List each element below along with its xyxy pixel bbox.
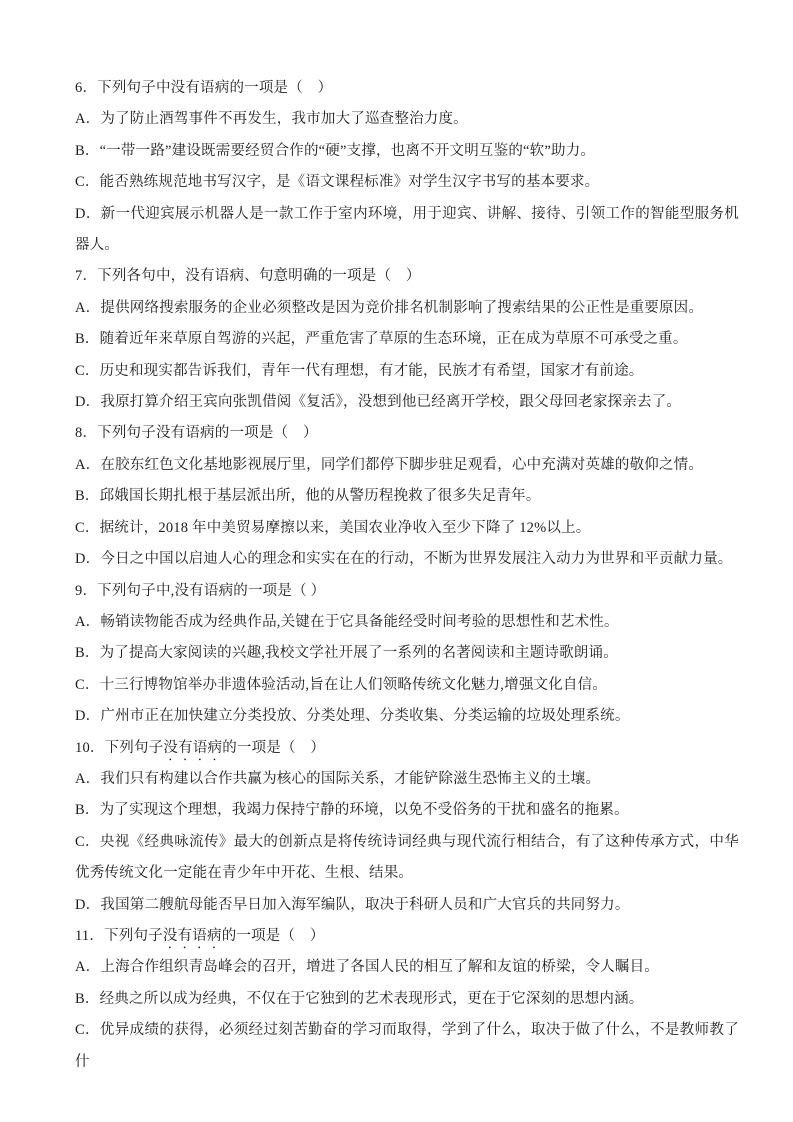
option-line: D．新一代迎宾展示机器人是一款工作于室内环境，用于迎宾、讲解、接待、引领工作的智… bbox=[75, 199, 739, 262]
question-block-11: 11．下列句子没有语病的一项是（ ） A．上海合作组织青岛峰会的召开，增进了各国… bbox=[75, 921, 739, 1078]
option-line: C．央视《经典咏流传》最大的创新点是将传统诗词经典与现代流行相结合，有了这种传承… bbox=[75, 827, 739, 890]
option-label: B． bbox=[75, 802, 100, 818]
option-label: A． bbox=[75, 111, 100, 127]
option-text: 邱娥国长期扎根于基层派出所，他的从警历程挽救了很多失足青年。 bbox=[100, 488, 541, 504]
option-text: 能否熟练规范地书写汉字，是《语文课程标准》对学生汉字书写的基本要求。 bbox=[100, 174, 600, 190]
option-text: 历史和现实都告诉我们，青年一代有理想，有才能，民族才有希望，国家才有前途。 bbox=[100, 363, 644, 379]
option-line: A．上海合作组织青岛峰会的召开，增进了各国人民的相互了解和友谊的桥梁，令人瞩目。 bbox=[75, 952, 739, 983]
question-title-text: 的一项是（ ） bbox=[222, 928, 325, 944]
question-title: 9．下列句子中,没有语病的一项是（ ） bbox=[75, 576, 739, 607]
question-number: 9． bbox=[75, 583, 97, 599]
question-block-9: 9．下列句子中,没有语病的一项是（ ） A．畅销读物能否成为经典作品,关键在于它… bbox=[75, 576, 739, 733]
option-label: B． bbox=[75, 991, 100, 1007]
option-text: 上海合作组织青岛峰会的召开，增进了各国人民的相互了解和友谊的桥梁，令人瞩目。 bbox=[100, 959, 659, 975]
option-label: A． bbox=[75, 300, 100, 316]
option-label: D． bbox=[75, 897, 100, 913]
option-line: B．邱娥国长期扎根于基层派出所，他的从警历程挽救了很多失足青年。 bbox=[75, 481, 739, 512]
option-line: A．提供网络搜索服务的企业必须整改是因为竞价排名机制影响了搜索结果的公正性是重要… bbox=[75, 293, 739, 324]
question-title-emphasized: 没有语病 bbox=[163, 928, 222, 944]
option-line: C．优异成绩的获得，必须经过刻苦勤奋的学习而取得，学到了什么，取决于做了什么，不… bbox=[75, 1015, 739, 1078]
option-line: D．我国第二艘航母能否早日加入海军编队，取决于科研人员和广大官兵的共同努力。 bbox=[75, 890, 739, 921]
option-text: 在胶东红色文化基地影视展厅里，同学们都停下脚步驻足观看，心中充满对英雄的敬仰之情… bbox=[100, 457, 703, 473]
option-line: B．“一带一路”建设既需要经贸合作的“硬”支撑，也离不开文明互鉴的“软”助力。 bbox=[75, 136, 739, 167]
option-line: D．我原打算介绍王宾向张凯借阅《复活》，没想到他已经离开学校，跟父母回老家探亲去… bbox=[75, 387, 739, 418]
question-block-10: 10．下列句子没有语病的一项是（ ） A．我们只有构建以合作共赢为核心的国际关系… bbox=[75, 733, 739, 921]
question-title: 11．下列句子没有语病的一项是（ ） bbox=[75, 921, 739, 952]
option-line: B．为了实现这个理想，我竭力保持宁静的环境，以免不受俗务的干扰和盛名的拖累。 bbox=[75, 795, 739, 826]
option-text: 提供网络搜索服务的企业必须整改是因为竞价排名机制影响了搜索结果的公正性是重要原因… bbox=[100, 300, 703, 316]
option-label: B． bbox=[75, 488, 100, 504]
option-line: A．畅销读物能否成为经典作品,关键在于它具备能经受时间考验的思想性和艺术性。 bbox=[75, 607, 739, 638]
question-number: 11． bbox=[75, 928, 104, 944]
option-line: C．能否熟练规范地书写汉字，是《语文课程标准》对学生汉字书写的基本要求。 bbox=[75, 167, 739, 198]
option-label: B． bbox=[75, 331, 100, 347]
option-label: D． bbox=[75, 551, 100, 567]
option-line: A．在胶东红色文化基地影视展厅里，同学们都停下脚步驻足观看，心中充满对英雄的敬仰… bbox=[75, 450, 739, 481]
option-label: C． bbox=[75, 1022, 100, 1038]
question-title-emphasized: 没有语病 bbox=[163, 740, 222, 756]
option-text: 随着近年来草原自驾游的兴起，严重危害了草原的生态环境，正在成为草原不可承受之重。 bbox=[100, 331, 688, 347]
question-number: 6． bbox=[75, 80, 97, 96]
question-title: 8．下列句子没有语病的一项是（ ） bbox=[75, 418, 739, 449]
document-page: 6．下列句子中没有语病的一项是（ ） A．为了防止酒驾事件不再发生，我市加大了巡… bbox=[0, 0, 793, 1122]
option-line: D．广州市正在加快建立分类投放、分类处理、分类收集、分类运输的垃圾处理系统。 bbox=[75, 701, 739, 732]
option-text: 央视《经典咏流传》最大的创新点是将传统诗词经典与现代流行相结合，有了这种传承方式… bbox=[75, 834, 739, 881]
question-title-text: 下列句子没有语病的一项是（ ） bbox=[97, 425, 318, 441]
option-text: 为了提高大家阅读的兴趣,我校文学社开展了一系列的名著阅读和主题诗歌朗诵。 bbox=[100, 645, 618, 661]
question-title-text: 下列句子 bbox=[105, 740, 164, 756]
option-label: A． bbox=[75, 457, 100, 473]
option-text: 今日之中国以启迪人心的理念和实实在在的行动，不断为世界发展注入动力为世界和平贡献… bbox=[100, 551, 732, 567]
option-line: B．经典之所以成为经典，不仅在于它独到的艺术表现形式，更在于它深刻的思想内涵。 bbox=[75, 984, 739, 1015]
option-line: C．据统计，2018 年中美贸易摩擦以来，美国农业净收入至少下降了 12%以上。 bbox=[75, 513, 739, 544]
option-text: 畅销读物能否成为经典作品,关键在于它具备能经受时间考验的思想性和艺术性。 bbox=[100, 614, 618, 630]
question-title: 7．下列各句中，没有语病、句意明确的一项是（ ） bbox=[75, 261, 739, 292]
option-text: 我国第二艘航母能否早日加入海军编队，取决于科研人员和广大官兵的共同努力。 bbox=[100, 897, 629, 913]
option-label: D． bbox=[75, 206, 101, 222]
option-label: C． bbox=[75, 834, 100, 850]
option-line: B．为了提高大家阅读的兴趣,我校文学社开展了一系列的名著阅读和主题诗歌朗诵。 bbox=[75, 638, 739, 669]
question-number: 7． bbox=[75, 268, 97, 284]
question-block-7: 7．下列各句中，没有语病、句意明确的一项是（ ） A．提供网络搜索服务的企业必须… bbox=[75, 261, 739, 418]
option-text: “一带一路”建设既需要经贸合作的“硬”支撑，也离不开文明互鉴的“软”助力。 bbox=[100, 143, 596, 159]
option-text: 据统计，2018 年中美贸易摩擦以来，美国农业净收入至少下降了 12%以上。 bbox=[100, 520, 591, 536]
option-label: D． bbox=[75, 394, 100, 410]
question-number: 8． bbox=[75, 425, 97, 441]
option-label: A． bbox=[75, 771, 100, 787]
option-label: A． bbox=[75, 614, 100, 630]
question-title-text: 下列各句中，没有语病、句意明确的一项是（ ） bbox=[97, 268, 420, 284]
option-text: 新一代迎宾展示机器人是一款工作于室内环境，用于迎宾、讲解、接待、引领工作的智能型… bbox=[75, 206, 739, 253]
option-text: 广州市正在加快建立分类投放、分类处理、分类收集、分类运输的垃圾处理系统。 bbox=[100, 708, 629, 724]
question-block-6: 6．下列句子中没有语病的一项是（ ） A．为了防止酒驾事件不再发生，我市加大了巡… bbox=[75, 73, 739, 261]
option-label: B． bbox=[75, 143, 100, 159]
question-title-text: 下列句子中没有语病的一项是（ ） bbox=[97, 80, 332, 96]
question-title-text: 下列句子 bbox=[104, 928, 163, 944]
option-text: 经典之所以成为经典，不仅在于它独到的艺术表现形式，更在于它深刻的思想内涵。 bbox=[100, 991, 644, 1007]
option-label: C． bbox=[75, 174, 100, 190]
option-label: C． bbox=[75, 677, 100, 693]
option-text: 我们只有构建以合作共赢为核心的国际关系，才能铲除滋生恐怖主义的土壤。 bbox=[100, 771, 600, 787]
option-text: 十三行博物馆举办非遗体验活动,旨在让人们领略传统文化魅力,增强文化自信。 bbox=[100, 677, 607, 693]
question-title: 6．下列句子中没有语病的一项是（ ） bbox=[75, 73, 739, 104]
exam-text-body: 6．下列句子中没有语病的一项是（ ） A．为了防止酒驾事件不再发生，我市加大了巡… bbox=[75, 73, 739, 1078]
question-block-8: 8．下列句子没有语病的一项是（ ） A．在胶东红色文化基地影视展厅里，同学们都停… bbox=[75, 418, 739, 575]
option-text: 我原打算介绍王宾向张凯借阅《复活》，没想到他已经离开学校，跟父母回老家探亲去了。 bbox=[100, 394, 681, 410]
option-text: 为了实现这个理想，我竭力保持宁静的环境，以免不受俗务的干扰和盛名的拖累。 bbox=[100, 802, 629, 818]
option-label: A． bbox=[75, 959, 100, 975]
option-line: A．为了防止酒驾事件不再发生，我市加大了巡查整治力度。 bbox=[75, 104, 739, 135]
question-title-text: 的一项是（ ） bbox=[222, 740, 325, 756]
option-line: B．随着近年来草原自驾游的兴起，严重危害了草原的生态环境，正在成为草原不可承受之… bbox=[75, 324, 739, 355]
option-line: C．历史和现实都告诉我们，青年一代有理想，有才能，民族才有希望，国家才有前途。 bbox=[75, 356, 739, 387]
option-line: A．我们只有构建以合作共赢为核心的国际关系，才能铲除滋生恐怖主义的土壤。 bbox=[75, 764, 739, 795]
option-label: D． bbox=[75, 708, 100, 724]
question-title-text: 下列句子中,没有语病的一项是（ ） bbox=[97, 583, 325, 599]
option-text: 为了防止酒驾事件不再发生，我市加大了巡查整治力度。 bbox=[100, 111, 468, 127]
option-label: C． bbox=[75, 520, 100, 536]
option-label: C． bbox=[75, 363, 100, 379]
option-line: D．今日之中国以启迪人心的理念和实实在在的行动，不断为世界发展注入动力为世界和平… bbox=[75, 544, 739, 575]
option-label: B． bbox=[75, 645, 100, 661]
option-text: 优异成绩的获得，必须经过刻苦勤奋的学习而取得，学到了什么，取决于做了什么，不是教… bbox=[75, 1022, 739, 1069]
option-line: C．十三行博物馆举办非遗体验活动,旨在让人们领略传统文化魅力,增强文化自信。 bbox=[75, 670, 739, 701]
question-number: 10． bbox=[75, 740, 105, 756]
question-title: 10．下列句子没有语病的一项是（ ） bbox=[75, 733, 739, 764]
